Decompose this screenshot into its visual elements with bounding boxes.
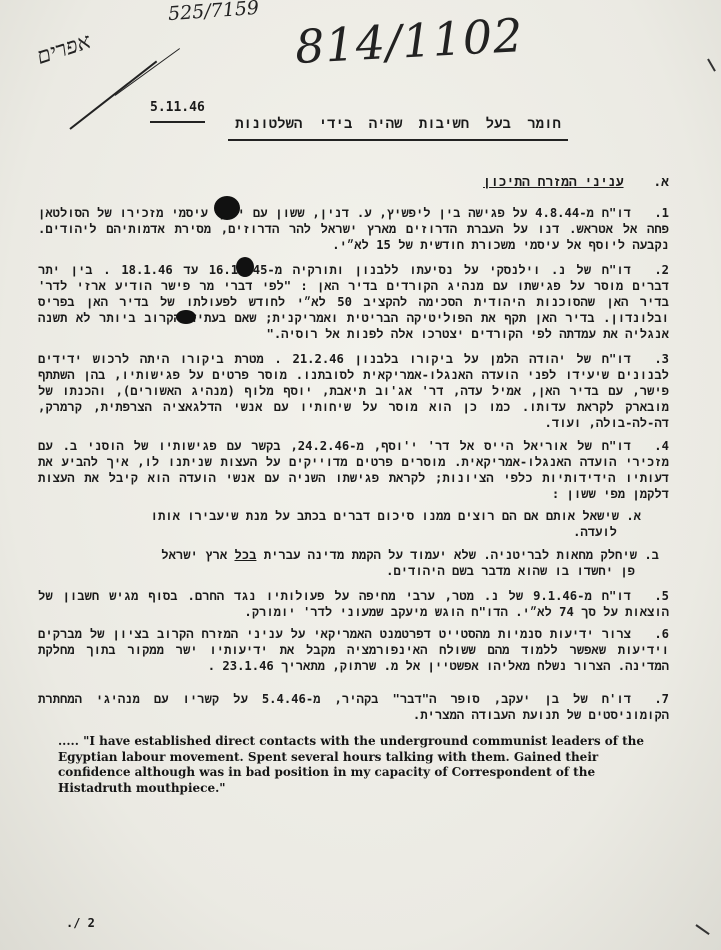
document-date: 5.11.46 (150, 100, 205, 123)
sub-item: א. שישאל אותם אם הם רוצים ממנו סיכום דבר… (50, 508, 641, 540)
edge-mark (695, 924, 709, 935)
list-item: 4.דו"ח של אוריאל הייס אל דר' י'וסף, מ-24… (38, 438, 669, 502)
page-continuation-marker: ./ 2 (66, 916, 95, 930)
english-quote: ..... "I have established direct contact… (58, 734, 661, 796)
list-item: 3.דו"ח של יהודה הלמן על ביקורו בלבנון 21… (38, 351, 669, 431)
section-title: עניני המזרח התיכון (483, 175, 623, 190)
pen-stroke (69, 60, 157, 129)
document-title: חומר בעל חשיבות שהיה בידי השלטונות (228, 116, 568, 141)
document-page: 525/7159 אפרים 814/1102 5.11.46 חומר בעל… (0, 0, 721, 950)
sub-item: ב. שיחלק מחאות לבריטניה. שלא יעמוד על הק… (30, 547, 659, 579)
list-item: 6.צרור ידיעות סנמיות מהסטייט דפרטמנט האמ… (38, 626, 669, 674)
list-item: 7.דו'ח של בן יעקב, סופר ה"דבר" בקהיר, מ-… (38, 691, 669, 723)
ink-blot (214, 196, 240, 220)
handwritten-reference-number: 814/1102 (294, 8, 525, 74)
edge-mark (707, 59, 716, 72)
list-item: 2.דו"ח של נ. וילנסקי על נסיעתו ללבנון ות… (38, 262, 669, 342)
section-letter: א. (653, 175, 669, 190)
list-item: 5.דו"ח מ-9.1.46 של נ. מטר, ערבי מחיפה על… (38, 588, 669, 620)
ink-blot (236, 257, 254, 277)
pen-stroke (115, 48, 180, 96)
ink-blot (176, 310, 196, 324)
section-heading: א. עניני המזרח התיכון (483, 175, 669, 190)
handwritten-note: אפרים (33, 28, 93, 70)
list-item: 1.דו"ח מ-4.8.44 על פגישה בין ליפשיץ, ע. … (38, 205, 669, 253)
handwritten-file-number: 525/7159 (167, 0, 259, 25)
